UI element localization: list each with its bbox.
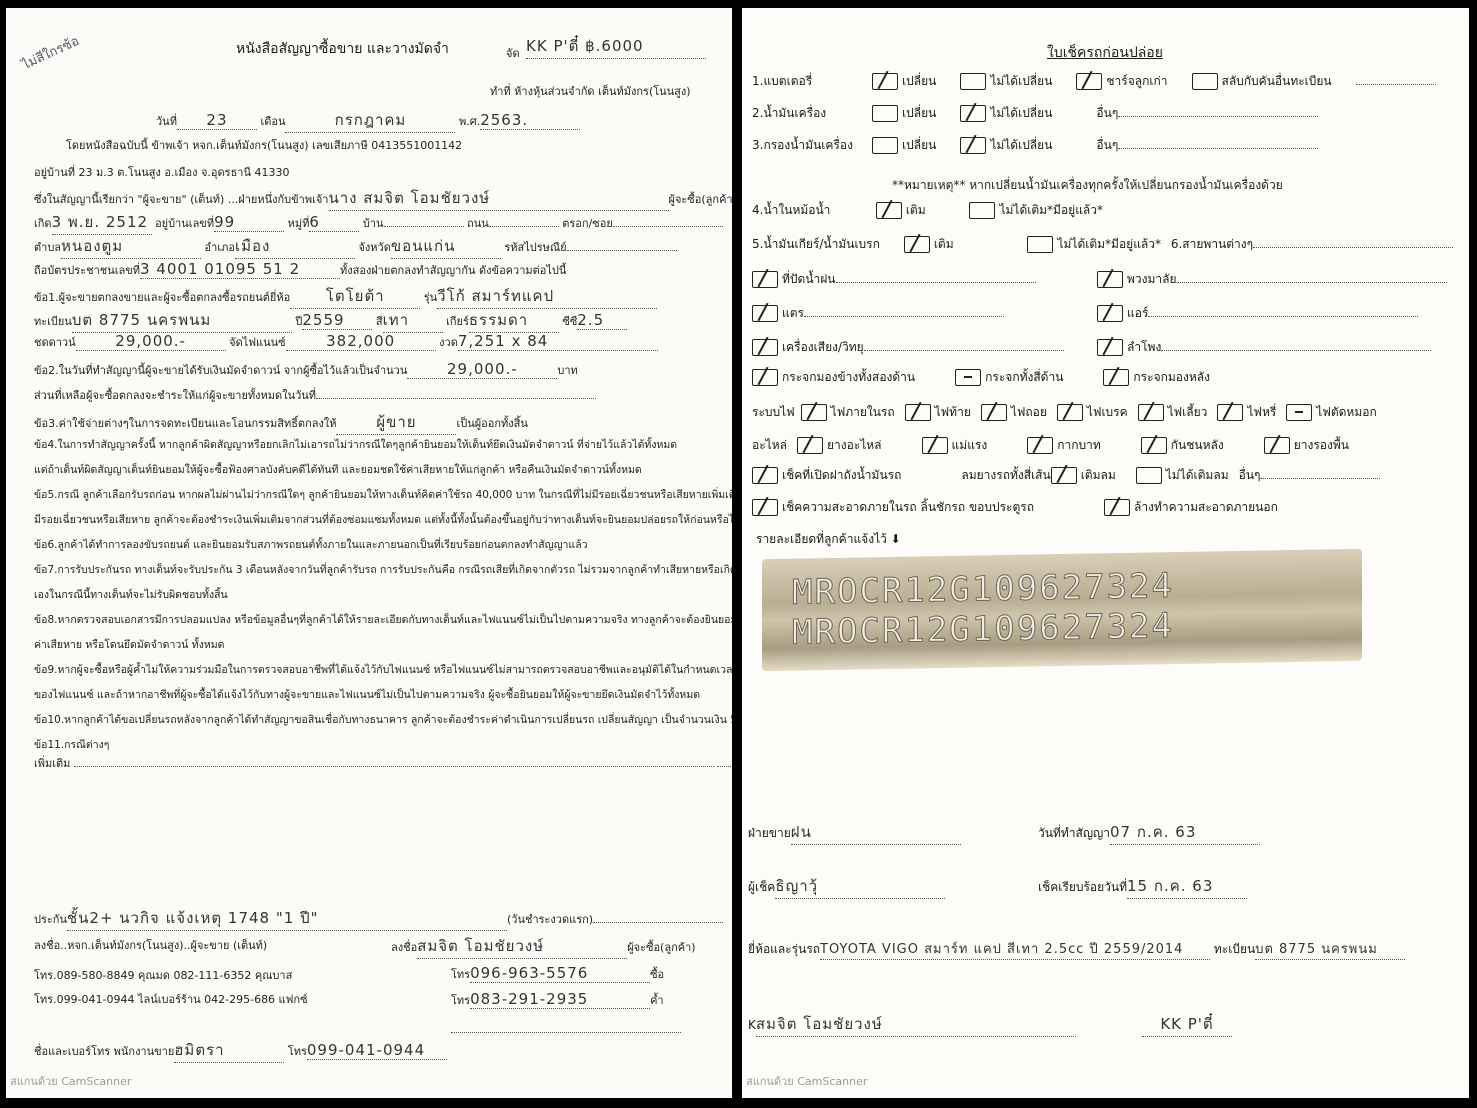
fuel-cap-checkbox[interactable] xyxy=(752,467,778,484)
gear-oil-row: 5.น้ำมันเกียร์/น้ำมันเบรก เติม ไม่ได้เติ… xyxy=(752,235,1453,254)
item-checkbox[interactable] xyxy=(752,339,778,356)
buyer-sign: ลงชื่อสมจิต โอมชัยวงษ์ผู้จะซื้อ(ลูกค้า) xyxy=(391,934,696,959)
clean-out-checkbox[interactable] xyxy=(1104,499,1130,516)
tires-nofill-checkbox[interactable] xyxy=(1136,467,1162,484)
part-checkbox[interactable] xyxy=(922,437,948,454)
option-checkbox[interactable] xyxy=(960,105,986,122)
option-checkbox[interactable] xyxy=(960,137,986,154)
ref-label: จัด xyxy=(506,44,520,62)
light-checkbox[interactable] xyxy=(1217,404,1243,421)
gear-oil-nofill-checkbox[interactable] xyxy=(1027,236,1053,253)
option-checkbox[interactable] xyxy=(872,137,898,154)
item-checkbox[interactable] xyxy=(1097,305,1123,322)
mirror-checkbox[interactable] xyxy=(955,369,981,386)
checklist-page: ใบเช็ครถก่อนปล่อย 1.แบตเตอรี่เปลี่ยนไม่ไ… xyxy=(742,8,1469,1098)
insurance-row: ประกันชั้น2+ นวกิจ แจ้งเหตุ 1748 "1 ปี"(… xyxy=(34,906,723,931)
checklist-title: ใบเช็ครถก่อนปล่อย xyxy=(1047,42,1163,64)
contract-date-row: วันที่ทำสัญญา07 ก.ค. 63 xyxy=(1038,820,1260,845)
customer-row: Kสมจิต โอมชัยวงษ์ xyxy=(748,1012,1076,1037)
seller-tel-1: โทร.089-580-8849 คุณมด 082-111-6352 คุณบ… xyxy=(34,966,292,984)
light-checkbox[interactable] xyxy=(1286,404,1312,421)
seller-tel-2: โทร.099-041-0944 ไลน์เบอร์ร้าน 042-295-6… xyxy=(34,990,308,1008)
seller-sign: ลงชื่อ..หจก.เต็นท์มังกร(โนนสูง)..ผู้จะขา… xyxy=(34,936,267,954)
clause3-row: ข้อ3.ค่าใช้จ่ายต่างๆในการจดทะเบียนและโอน… xyxy=(34,410,528,435)
clean-row: เช็คความสะอาดภายในรถ ลิ้นชักรถ ขอบประตูร… xyxy=(752,498,1278,517)
radiator-fill-checkbox[interactable] xyxy=(876,202,902,219)
guarantor-tel: โทร083-291-2935ค้ำ xyxy=(451,990,664,1009)
contract-page: ไม่สีใกรซ้อ หนังสือสัญญาซื้อขาย และวางมั… xyxy=(6,8,732,1098)
item-checkbox[interactable] xyxy=(752,271,778,288)
buyer-row: ซึ่งในสัญญานี้เรียกว่า "ผู้จะขาย" (เต็นท… xyxy=(34,186,732,211)
vin-rubbing: MROCR12G109627324 MROCR12G109627324 xyxy=(762,549,1362,671)
seller-row: ฝ่ายขายฝน xyxy=(748,820,961,845)
check-item: ลำโพง xyxy=(1097,338,1431,357)
handwritten-stamp: ไม่สีใกรซ้อ xyxy=(18,30,82,75)
note: **หมายเหตุ** หากเปลี่ยนน้ำมันเครื่องทุกค… xyxy=(892,176,1283,195)
option-checkbox[interactable] xyxy=(1076,73,1102,90)
tires-fill-checkbox[interactable] xyxy=(1051,467,1077,484)
address: อยู่บ้านที่ 23 ม.3 ต.โนนสูง อ.เมือง จ.อุ… xyxy=(34,163,289,181)
reg-row: ทะเบียนบต 8775 นครพนม ปี2559 สีเทา เกียร… xyxy=(34,308,627,333)
down-row: ชดดาวน์29,000.- จัดไฟแนนซ์382,000 งวด7,2… xyxy=(34,332,658,351)
item-checkbox[interactable] xyxy=(1097,271,1123,288)
tambon-row: ตำบลหนองตูม อำเภอเมือง จังหวัดขอนแก่น รห… xyxy=(34,234,677,259)
check-item: แอร์ xyxy=(1097,304,1418,323)
clause-line: ข้อ8.หากตรวจสอบเอกสารมีการปลอมแปลง หรือข… xyxy=(34,608,732,633)
contract-title: หนังสือสัญญาซื้อขาย และวางมัดจำ xyxy=(236,38,449,60)
option-checkbox[interactable] xyxy=(960,73,986,90)
place: ทำที่ ห้างหุ้นส่วนจำกัด เต็นท์มังกร(โนนส… xyxy=(490,82,691,100)
gear-oil-fill-checkbox[interactable] xyxy=(904,236,930,253)
parts-row: อะไหล่ยางอะไหล่แม่แรงกากบาทกันชนหลังยางร… xyxy=(752,436,1389,455)
clause2b-row: ส่วนที่เหลือผู้จะซื้อตกลงจะชำระให้แก่ผู้… xyxy=(34,386,596,404)
clause2-row: ข้อ2.ในวันที่ทำสัญญานี้ผู้จะขายได้รับเงิ… xyxy=(34,360,578,379)
sales-row: ชื่อและเบอร์โทร พนักงานขายฮมิตรา โทร099-… xyxy=(34,1038,447,1063)
clause-line: เองในกรณีนี้ทางเต็นท์จะไม่รับผิดชอบทั้งส… xyxy=(34,583,732,608)
id-row: ถือบัตรประชาชนเลขที่3 4001 01095 51 2ทั้… xyxy=(34,260,566,279)
agent-row: KK P'ตี๋ xyxy=(1142,1012,1232,1037)
mirror-checkbox[interactable] xyxy=(752,369,778,386)
clause-line: ข้อ5.กรณี ลูกค้าเลือกรับรถก่อน หากผลไม่ผ… xyxy=(34,483,732,508)
clause-line: แต่ถ้าเต็นท์ผิดสัญญาเต็นท์ยินยอมให้ผู้จะ… xyxy=(34,458,732,483)
clause-line: ข้อ7.การรับประกันรถ ทางเต็นท์จะรับประกัน… xyxy=(34,558,732,583)
option-checkbox[interactable] xyxy=(872,105,898,122)
clauses: ข้อ4.ในการทำสัญญาครั้งนี้ หากลูกค้าผิดสั… xyxy=(34,433,732,758)
light-checkbox[interactable] xyxy=(1138,404,1164,421)
clause-line: ของไฟแนนซ์ และถ้าหากอาชีพที่ผู้จะซื้อได้… xyxy=(34,683,732,708)
born-row: เกิด3 พ.ย. 2512 อยู่บ้านเลขที่99 หมู่ที่… xyxy=(34,210,723,235)
mirrors-row: กระจกมองข้างทั้งสองด้านกระจกทั้งสี่ด้านก… xyxy=(752,368,1250,387)
extra-notes: เพิ่มเติม xyxy=(34,742,704,772)
details-label: รายละเอียดที่ลูกค้าแจ้งไว้ ⬇ xyxy=(756,530,901,549)
part-checkbox[interactable] xyxy=(1027,437,1053,454)
option-checkbox[interactable] xyxy=(872,73,898,90)
check-date-row: เช็คเรียบร้อยวันที่15 ก.ค. 63 xyxy=(1038,874,1247,899)
check-row: 1.แบตเตอรี่เปลี่ยนไม่ได้เปลี่ยนชาร์จลูกเ… xyxy=(752,72,1436,91)
check-row: 2.น้ำมันเครื่องเปลี่ยนไม่ได้เปลี่ยนอื่นๆ xyxy=(752,104,1318,123)
lights-row: ระบบไฟไฟภายในรถไฟท้ายไฟถอยไฟเบรคไฟเลี้ยว… xyxy=(752,403,1387,422)
check-item: เครื่องเสียง/วิทยุ xyxy=(752,338,1064,357)
item-checkbox[interactable] xyxy=(1097,339,1123,356)
camscanner-watermark: สแกนด้วย CamScanner xyxy=(10,1072,131,1090)
clean-in-checkbox[interactable] xyxy=(752,499,778,516)
clause1-row: ข้อ1.ผู้จะขายตกลงขายและผู้จะซื้อตกลงซื้อ… xyxy=(34,284,657,309)
buyer-tel: โทร096-963-5576ซื้อ xyxy=(451,964,664,983)
clause-line: ข้อ6.ลูกค้าได้ทำการลองขับรถยนต์ และยินยอ… xyxy=(34,533,732,558)
light-checkbox[interactable] xyxy=(801,404,827,421)
camscanner-watermark: สแกนด้วย CamScanner xyxy=(746,1072,867,1090)
radiator-row: 4.น้ำในหม้อน้ำ เติม ไม่ได้เติม*มีอยู่แล้… xyxy=(752,201,1103,220)
date-row: วันที่23 เดือนกรกฎาคม พ.ศ.2563. xyxy=(156,108,580,133)
clause-line: ค่าเสียหาย หรือโดนยึดมัดจำดาวน์ ทั้งหมด xyxy=(34,633,732,658)
ref-value: KK P'ตี๋ ฿.6000 xyxy=(526,34,706,59)
check-item: พวงมาลัย xyxy=(1097,270,1447,289)
radiator-nofill-checkbox[interactable] xyxy=(969,202,995,219)
car-row: ยี่ห้อและรุ่นรถTOYOTA VIGO สมาร์ท แคป สี… xyxy=(748,938,1405,960)
item-checkbox[interactable] xyxy=(752,305,778,322)
clause-line: ข้อ9.หากผู้จะซื้อหรือผู้ค้ำไม่ให้ความร่ว… xyxy=(34,658,732,683)
check-row: 3.กรองน้ำมันเครื่องเปลี่ยนไม่ได้เปลี่ยนอ… xyxy=(752,136,1318,155)
intro: โดยหนังสือฉบับนี้ ข้าพเจ้า หจก.เต็นท์มัง… xyxy=(66,136,462,154)
option-checkbox[interactable] xyxy=(1192,73,1218,90)
checker-row: ผู้เช็คธิญาวุ้ xyxy=(748,874,945,899)
light-checkbox[interactable] xyxy=(905,404,931,421)
check-item: แตร xyxy=(752,304,1004,323)
clause-line: มีรอยเฉี่ยวชนหรือเสียหาย ลูกค้าจะต้องชำร… xyxy=(34,508,732,533)
part-checkbox[interactable] xyxy=(797,437,823,454)
clause-line: ข้อ10.หากลูกค้าได้ขอเปลี่ยนรถหลังจากลูกค… xyxy=(34,708,732,733)
check-item: ที่ปัดน้ำฝน xyxy=(752,270,1036,289)
light-checkbox[interactable] xyxy=(981,404,1007,421)
part-checkbox[interactable] xyxy=(1141,437,1167,454)
light-checkbox[interactable] xyxy=(1057,404,1083,421)
part-checkbox[interactable] xyxy=(1264,437,1290,454)
mirror-checkbox[interactable] xyxy=(1103,369,1129,386)
clause-line: ข้อ4.ในการทำสัญญาครั้งนี้ หากลูกค้าผิดสั… xyxy=(34,433,732,458)
fuel-tires-row: เช็คที่เปิดฝาถังน้ำมันรถลมยางรถทั้งสี่เส… xyxy=(752,466,1380,485)
